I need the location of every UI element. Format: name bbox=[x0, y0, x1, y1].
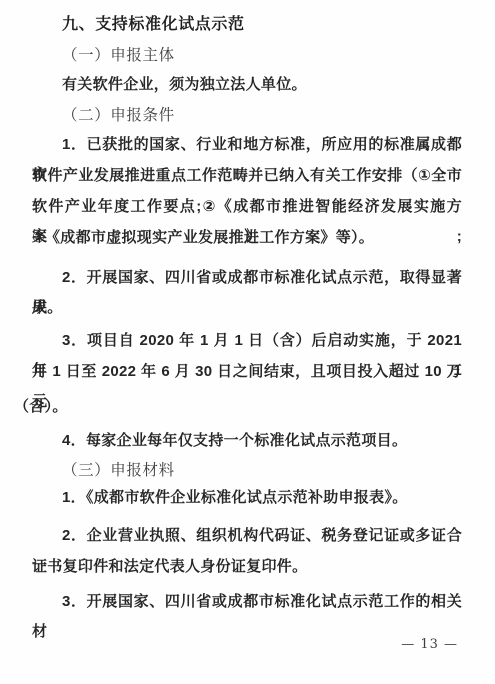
body-line: 3．开展国家、四川省或成都市标准化试点示范工作的相关材 bbox=[32, 587, 462, 647]
body-line: 有关软件企业，须为独立法人单位。 bbox=[32, 70, 462, 100]
subsection-label-3: （三）申报材料 bbox=[32, 455, 462, 485]
body-line: 证书复印件和法定代表人身份证复印件。 bbox=[32, 552, 462, 582]
document-page: 九、支持标准化试点示范 （一）申报主体 有关软件企业，须为独立法人单位。 （二）… bbox=[0, 0, 495, 684]
subsection-label-2: （二）申报条件 bbox=[32, 100, 462, 130]
body-line: （含）。 bbox=[14, 392, 444, 422]
body-line: ③《成都市虚拟现实产业发展推进工作方案》等）。 bbox=[32, 223, 462, 253]
section-heading: 九、支持标准化试点示范 bbox=[32, 10, 462, 40]
body-line: 4．每家企业每年仅支持一个标准化试点示范项目。 bbox=[32, 426, 462, 456]
body-line: 1．《成都市软件企业标准化试点示范补助申报表》。 bbox=[32, 483, 462, 513]
body-line: 软件产业发展推进重点工作范畴并已纳入有关工作安排（①全市 bbox=[32, 161, 462, 191]
subsection-label-1: （一）申报主体 bbox=[32, 40, 462, 70]
body-line: 果。 bbox=[32, 293, 462, 323]
page-number: — 13 — bbox=[401, 632, 458, 658]
